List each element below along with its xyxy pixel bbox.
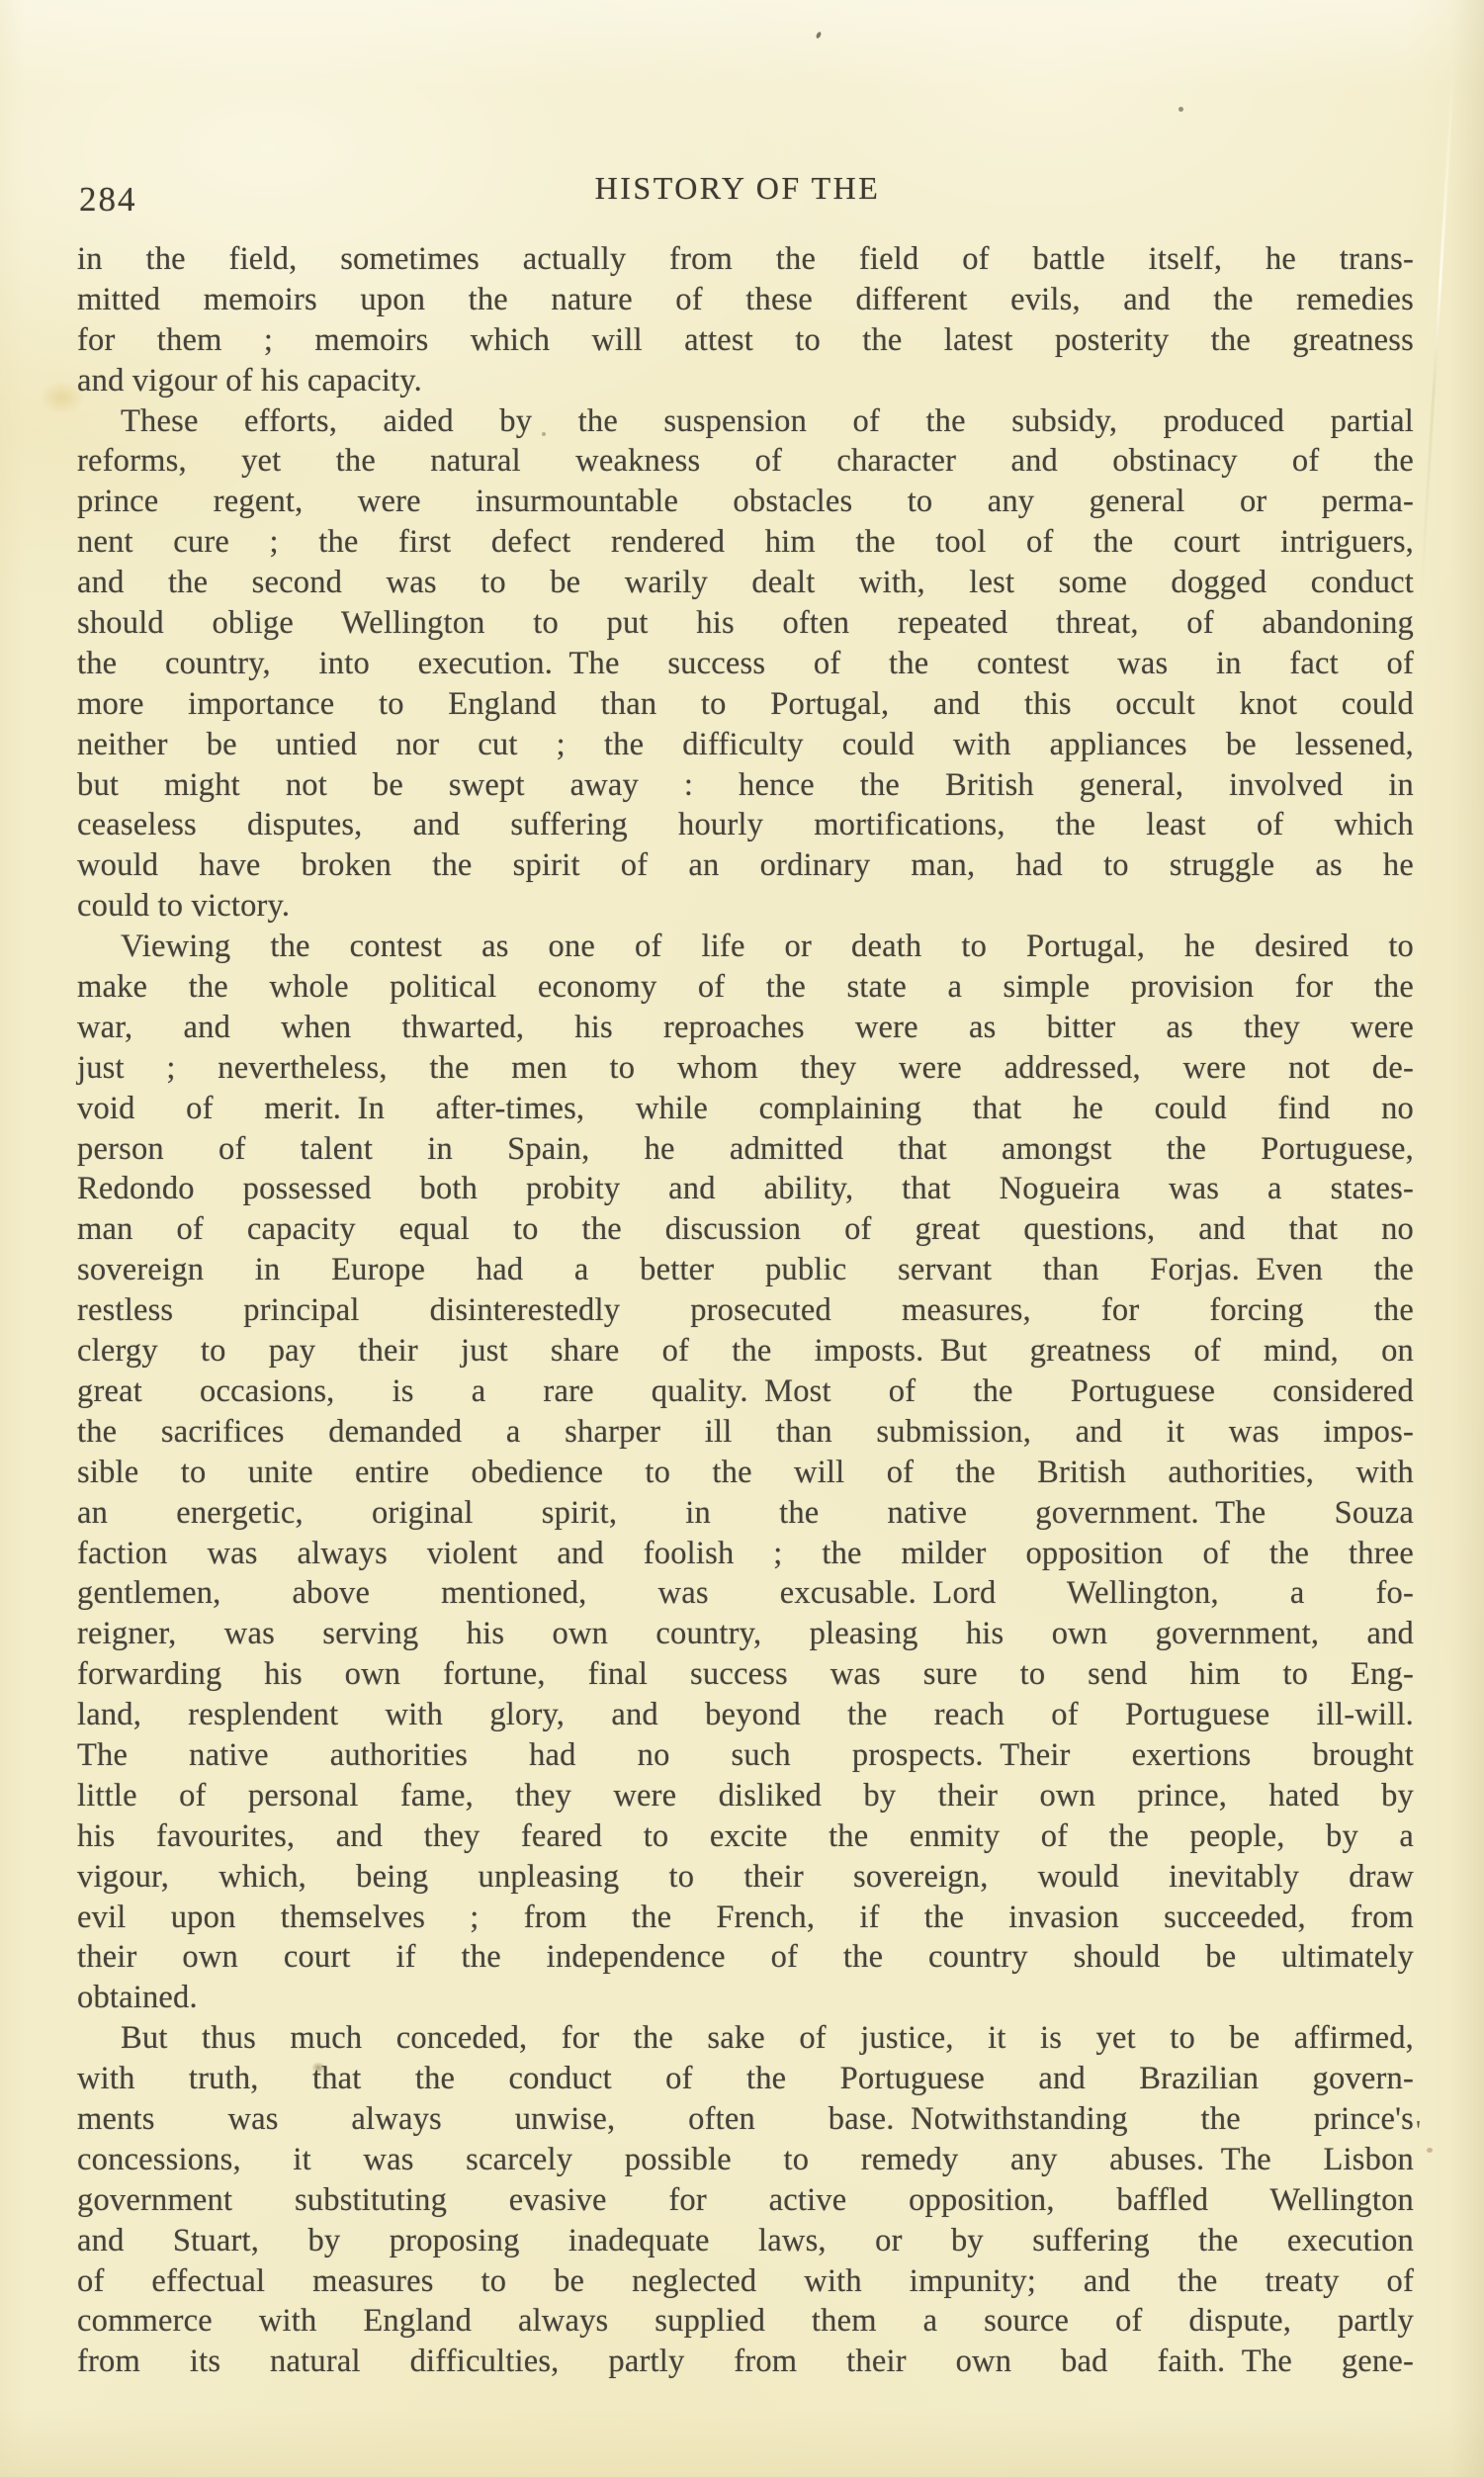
- text-line: in the field, sometimes actually from th…: [77, 239, 1414, 280]
- text-line: man of capacity equal to the discussion …: [77, 1209, 1414, 1250]
- ink-speck: [1427, 2148, 1433, 2153]
- ink-speck: [816, 31, 823, 39]
- text-line: person of talent in Spain, he admitted t…: [77, 1129, 1414, 1170]
- text-line: vigour, which, being unpleasing to their…: [77, 1857, 1414, 1898]
- text-line: But thus much conceded, for the sake of …: [77, 2018, 1414, 2059]
- text-line: more importance to England than to Portu…: [77, 684, 1414, 725]
- text-line: for them ; memoirs which will attest to …: [77, 320, 1414, 361]
- text-line: an energetic, original spirit, in the na…: [77, 1493, 1414, 1534]
- text-line: his favourites, and they feared to excit…: [77, 1816, 1414, 1857]
- text-line: gentlemen, above mentioned, was excusabl…: [77, 1573, 1414, 1614]
- text-line: void of merit. In after-times, while com…: [77, 1089, 1414, 1129]
- text-line: would have broken the spirit of an ordin…: [77, 845, 1414, 886]
- text-line: and vigour of his capacity.: [77, 361, 1414, 401]
- text-line: These efforts, aided by the suspension o…: [77, 401, 1414, 442]
- text-line: sovereign in Europe had a better public …: [77, 1250, 1414, 1290]
- text-line: land, resplendent with glory, and beyond…: [77, 1695, 1414, 1735]
- paper-crease: [1419, 59, 1455, 612]
- text-line: the country, into execution. The success…: [77, 644, 1414, 684]
- body-text: in the field, sometimes actually from th…: [77, 239, 1414, 2382]
- text-line: and the second was to be warily dealt wi…: [77, 563, 1414, 603]
- running-header: HISTORY OF THE: [595, 170, 881, 207]
- scanned-page-background: 284 HISTORY OF THE in the field, sometim…: [0, 0, 1484, 2477]
- text-line: with truth, that the conduct of the Port…: [77, 2059, 1414, 2099]
- text-line: obtained.: [77, 1978, 1414, 2018]
- text-line: just ; nevertheless, the men to whom the…: [77, 1048, 1414, 1089]
- text-line: Viewing the contest as one of life or de…: [77, 927, 1414, 967]
- text-line: concessions, it was scarcely possible to…: [77, 2140, 1414, 2180]
- text-line: reigner, was serving his own country, pl…: [77, 1614, 1414, 1654]
- text-line: from its natural difficulties, partly fr…: [77, 2342, 1414, 2382]
- text-line: make the whole political economy of the …: [77, 967, 1414, 1008]
- text-line: prince regent, were insurmountable obsta…: [77, 482, 1414, 522]
- text-line: the sacrifices demanded a sharper ill th…: [77, 1412, 1414, 1453]
- text-line: of effectual measures to be neglected wi…: [77, 2261, 1414, 2302]
- text-line: and Stuart, by proposing inadequate laws…: [77, 2221, 1414, 2261]
- text-line: The native authorities had no such prosp…: [77, 1735, 1414, 1776]
- text-line: reforms, yet the natural weakness of cha…: [77, 441, 1414, 482]
- text-line: ceaseless disputes, and suffering hourly…: [77, 805, 1414, 845]
- text-line: Redondo possessed both probity and abili…: [77, 1169, 1414, 1209]
- text-line: war, and when thwarted, his reproaches w…: [77, 1008, 1414, 1048]
- text-line: restless principal disinterestedly prose…: [77, 1290, 1414, 1331]
- text-line: government substituting evasive for acti…: [77, 2180, 1414, 2221]
- text-line: evil upon themselves ; from the French, …: [77, 1898, 1414, 1938]
- text-line: mitted memoirs upon the nature of these …: [77, 280, 1414, 320]
- text-line: clergy to pay their just share of the im…: [77, 1331, 1414, 1371]
- margin-mark: ': [1416, 2116, 1421, 2148]
- text-line: faction was always violent and foolish ;…: [77, 1534, 1414, 1574]
- ink-speck: [1178, 107, 1183, 112]
- text-line: little of personal fame, they were disli…: [77, 1776, 1414, 1816]
- text-line: ments was always unwise, often base. Not…: [77, 2099, 1414, 2140]
- text-line: commerce with England always supplied th…: [77, 2301, 1414, 2342]
- page-number: 284: [79, 180, 137, 220]
- text-line: could to victory.: [77, 886, 1414, 927]
- text-line: neither be untied nor cut ; the difficul…: [77, 725, 1414, 765]
- text-line: but might not be swept away : hence the …: [77, 765, 1414, 806]
- text-line: their own court if the independence of t…: [77, 1937, 1414, 1978]
- text-line: great occasions, is a rare quality. Most…: [77, 1371, 1414, 1412]
- text-line: nent cure ; the first defect rendered hi…: [77, 522, 1414, 563]
- text-line: sible to unite entire obedience to the w…: [77, 1453, 1414, 1493]
- text-line: should oblige Wellington to put his ofte…: [77, 603, 1414, 644]
- text-line: forwarding his own fortune, final succes…: [77, 1654, 1414, 1695]
